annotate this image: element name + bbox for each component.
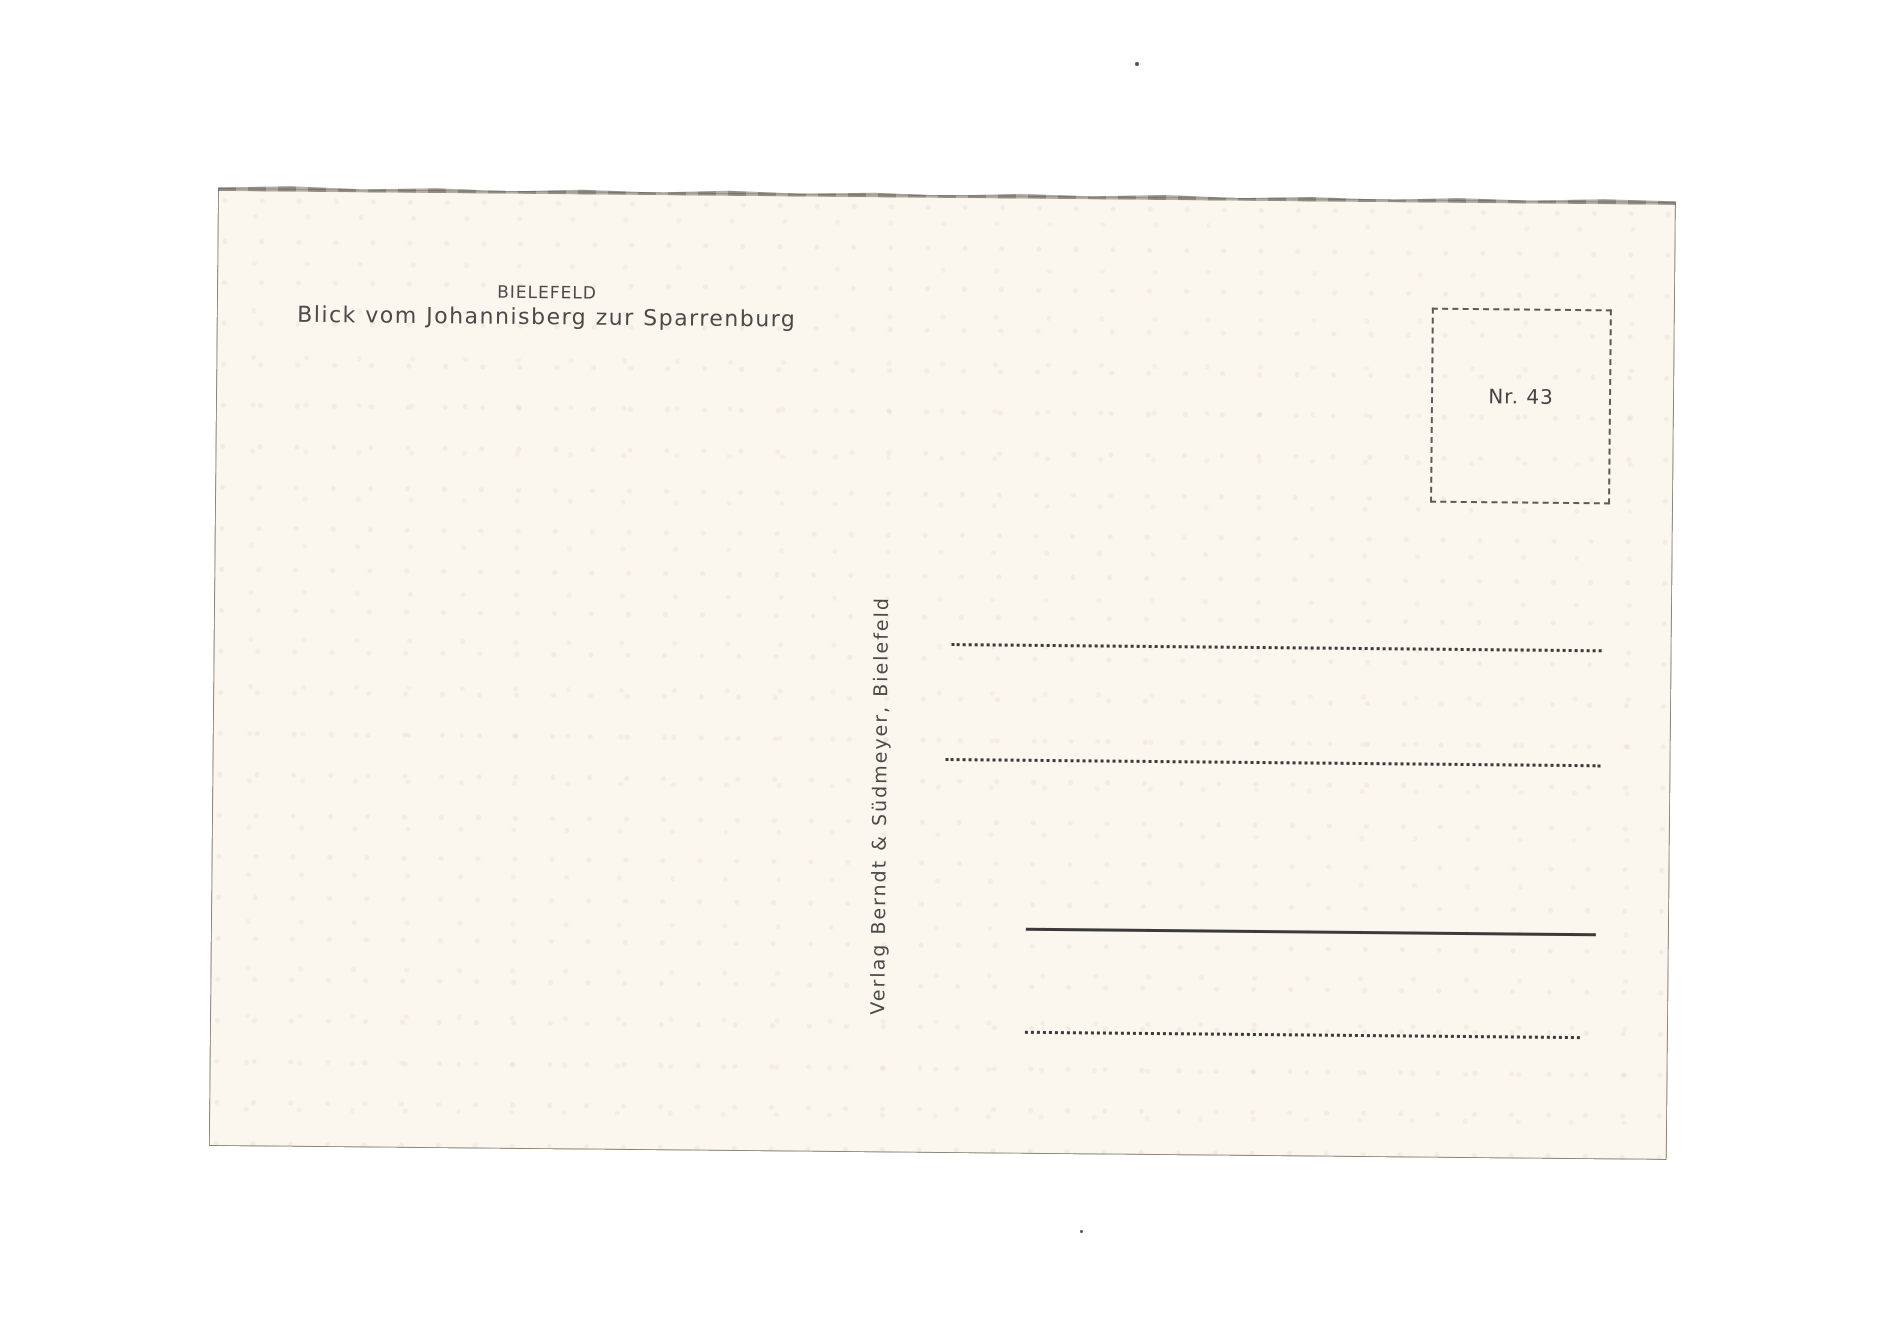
address-line-1 <box>952 643 1602 652</box>
address-line-3 <box>1026 928 1596 936</box>
caption-subtitle: Blick vom Johannisberg zur Sparrenburg <box>287 303 807 333</box>
dust-speck <box>1080 1230 1083 1233</box>
stamp-box-label: Nr. 43 <box>1488 384 1554 409</box>
postcard: BIELEFELD Blick vom Johannisberg zur Spa… <box>209 188 1676 1160</box>
publisher-imprint: Verlag Berndt & Südmeyer, Bielefeld <box>867 575 893 1035</box>
stamp-box: Nr. 43 <box>1430 308 1612 505</box>
dust-speck <box>1135 62 1139 66</box>
address-line-4 <box>1025 1031 1580 1039</box>
caption-block: BIELEFELD Blick vom Johannisberg zur Spa… <box>287 281 807 333</box>
address-line-2 <box>946 758 1601 767</box>
caption-city: BIELEFELD <box>287 281 807 306</box>
